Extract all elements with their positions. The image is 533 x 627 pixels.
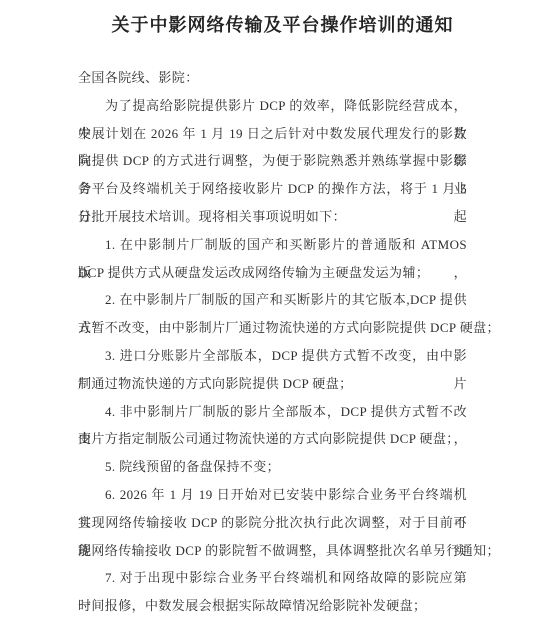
notice-item-4: 4. 非中影制片厂制版的影片全部版本，DCP 提供方式暂不改变， 由片方指定制版… [78, 398, 467, 454]
item-line: 7. 对于出现中影综合业务平台终端机和网络故障的影院应第一 [78, 564, 467, 592]
intro-line: 为了提高给影院提供影片 DCP 的效率，降低影院经营成本，中数 [78, 92, 467, 120]
intro-line: 发展计划在 2026 年 1 月 19 日之后针对中数发展代理发行的影片向影 [78, 120, 467, 148]
item-line: 由片方指定制版公司通过物流快递的方式向影院提供 DCP 硬盘； [78, 425, 467, 453]
notice-document: 关于中影网络传输及平台操作培训的通知 全国各院线、影院： 为了提高给影院提供影片… [0, 0, 533, 627]
notice-item-7: 7. 对于出现中影综合业务平台终端机和网络故障的影院应第一 时间报修，中数发展会… [78, 564, 467, 620]
notice-title: 关于中影网络传输及平台操作培训的通知 [88, 12, 477, 38]
item-line: 1. 在中影制片厂制版的国产和买断影片的普通版和 ATMOS 版， [78, 231, 467, 259]
item-line: 4. 非中影制片厂制版的影片全部版本，DCP 提供方式暂不改变， [78, 398, 467, 426]
item-line: 6. 2026 年 1 月 19 日开始对已安装中影综合业务平台终端机且可 [78, 481, 467, 509]
item-line: 5. 院线预留的备盘保持不变； [78, 453, 467, 481]
intro-paragraph: 为了提高给影院提供影片 DCP 的效率，降低影院经营成本，中数 发展计划在 20… [78, 92, 467, 231]
item-line: DCP 提供方式从硬盘发运改成网络传输为主硬盘发运为辅； [78, 259, 467, 287]
notice-item-5: 5. 院线预留的备盘保持不变； [78, 453, 467, 481]
notice-item-6: 6. 2026 年 1 月 19 日开始对已安装中影综合业务平台终端机且可 实现… [78, 481, 467, 564]
item-line: 3. 进口分账影片全部版本，DCP 提供方式暂不改变，由中影制片 [78, 342, 467, 370]
item-line: 时间报修，中数发展会根据实际故障情况给影院补发硬盘； [78, 592, 467, 620]
notice-item-1: 1. 在中影制片厂制版的国产和买断影片的普通版和 ATMOS 版， DCP 提供… [78, 231, 467, 287]
intro-line: 务平台及终端机关于网络接收影片 DCP 的操作方法，将于 1 月 5 日起 [78, 175, 467, 203]
notice-item-3: 3. 进口分账影片全部版本，DCP 提供方式暂不改变，由中影制片 厂通过物流快递… [78, 342, 467, 398]
item-line: 2. 在中影制片厂制版的国产和买断影片的其它版本,DCP 提供方 [78, 286, 467, 314]
salutation-line: 全国各院线、影院： [78, 64, 467, 92]
intro-line: 院提供 DCP 的方式进行调整，为便于影院熟悉并熟练掌握中影综合业 [78, 147, 467, 175]
item-line: 现网络传输接收 DCP 的影院暂不做调整，具体调整批次名单另行通知； [78, 537, 467, 565]
item-line: 实现网络传输接收 DCP 的影院分批次执行此次调整，对于目前不能实 [78, 509, 467, 537]
notice-item-2: 2. 在中影制片厂制版的国产和买断影片的其它版本,DCP 提供方 式暂不改变，由… [78, 286, 467, 342]
item-line: 式暂不改变，由中影制片厂通过物流快递的方式向影院提供 DCP 硬盘； [78, 314, 467, 342]
notice-body: 全国各院线、影院： 为了提高给影院提供影片 DCP 的效率，降低影院经营成本，中… [78, 64, 467, 620]
